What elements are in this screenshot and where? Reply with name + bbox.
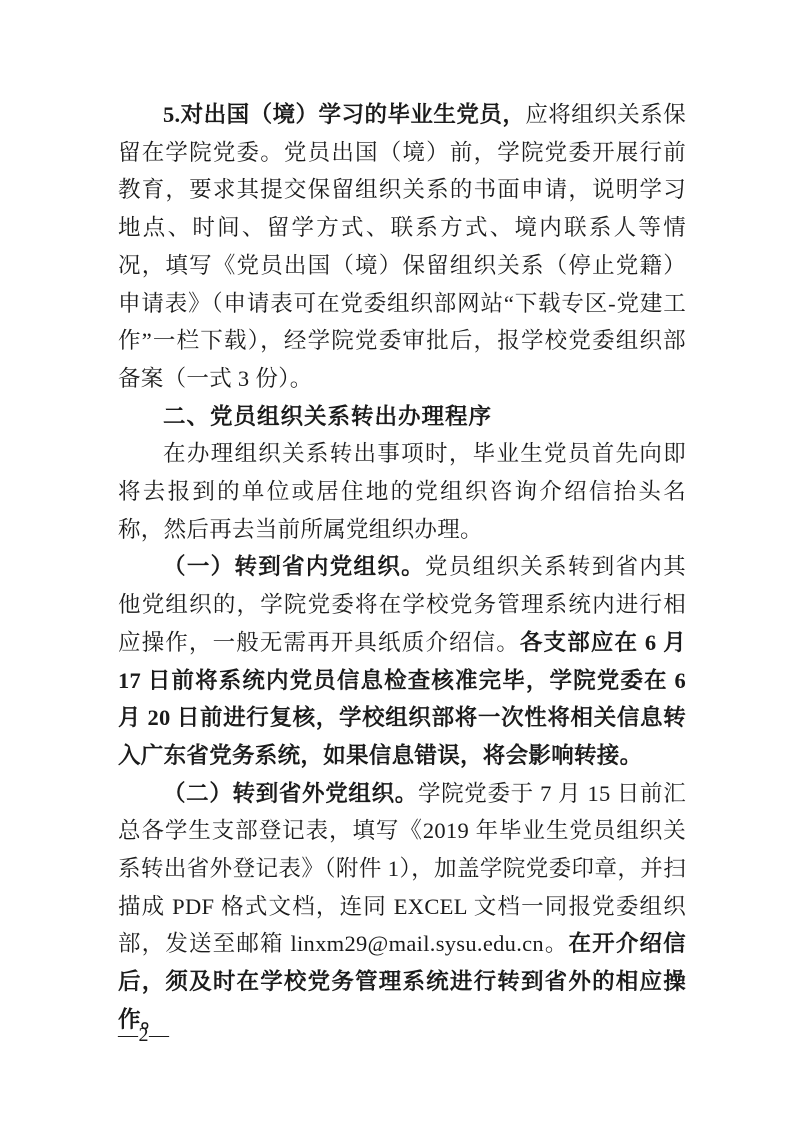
text-segment: 二、党员组织关系转出办理程序 [163,404,492,429]
text-segment: （一）转到省内党组织。 [163,554,425,579]
section-heading: 二、党员组织关系转出办理程序 [118,398,686,436]
paragraph: 5.对出国（境）学习的毕业生党员，应将组织关系保留在学院党委。党员出国（境）前，… [118,96,686,398]
document-page: 5.对出国（境）学习的毕业生党员，应将组织关系保留在学院党委。党员出国（境）前，… [0,0,800,1131]
text-segment: 应将组织关系保留在学院党委。党员出国（境）前，学院党委开展行前教育，要求其提交保… [118,102,686,391]
page-number: —2— [118,1020,170,1050]
text-segment: （二）转到省外党组织。 [163,781,418,806]
paragraph: 在办理组织关系转出事项时，毕业生党员首先向即将去报到的单位或居住地的党组织咨询介… [118,435,686,548]
text-segment: 在办理组织关系转出事项时，毕业生党员首先向即将去报到的单位或居住地的党组织咨询介… [118,441,686,541]
paragraph: （一）转到省内党组织。党员组织关系转到省内其他党组织的，学院党委将在学校党务管理… [118,548,686,774]
text-segment: 5.对出国（境）学习的毕业生党员， [163,102,525,127]
paragraph: （二）转到省外党组织。学院党委于 7 月 15 日前汇总各学生支部登记表，填写《… [118,775,686,1039]
document-body: 5.对出国（境）学习的毕业生党员，应将组织关系保留在学院党委。党员出国（境）前，… [118,96,686,1039]
